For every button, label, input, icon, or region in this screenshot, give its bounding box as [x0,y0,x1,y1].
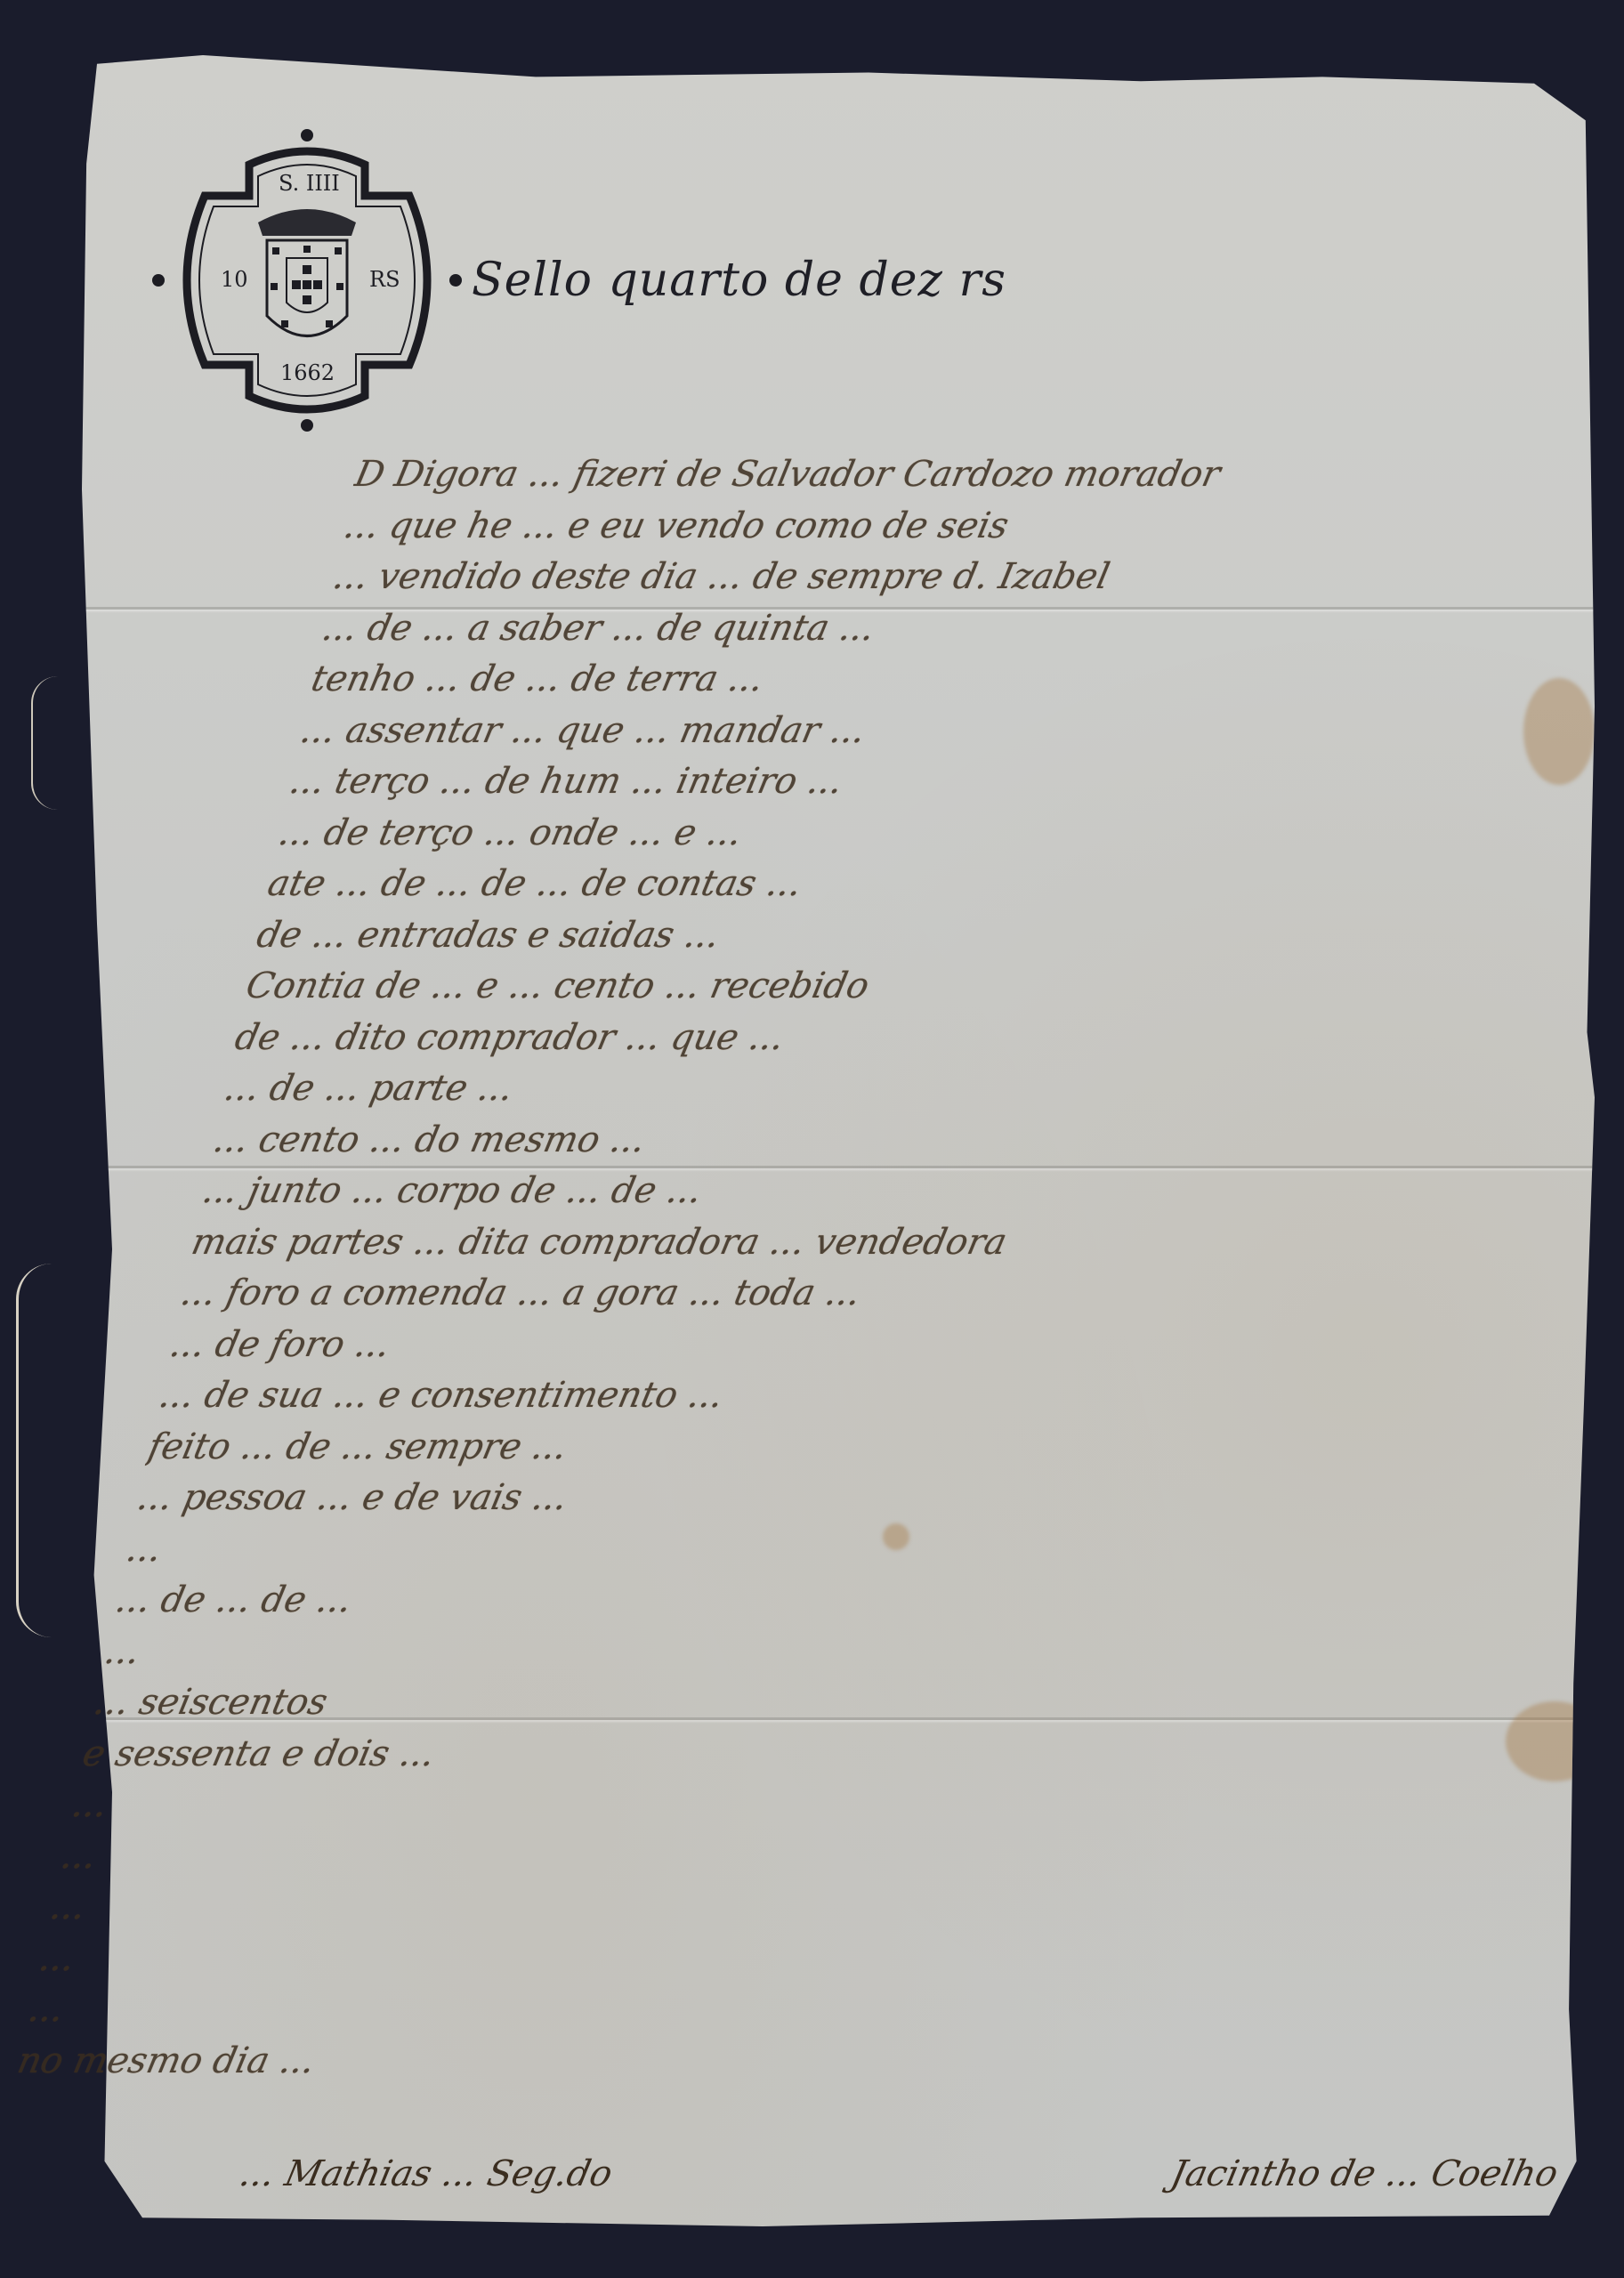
text-line: ... seiscentos [89,1677,1488,1729]
signature-row: ... Mathias ... Seg.do Jacintho de ... C… [236,2153,1562,2194]
text-line: ... que he ... e eu vendo como de seis [339,501,1624,553]
text-line: D Digora ... fizeri de Salvador Cardozo … [350,449,1624,501]
text-line: ... [56,1831,1455,1883]
text-line: tenho ... de ... de terra ... [306,654,1624,706]
text-line: ... de foro ... [166,1320,1564,1371]
text-line: ... [24,1984,1423,2036]
stain [1506,1701,1604,1781]
text-line: ... de ... parte ... [220,1063,1619,1115]
text-line: Contia de ... e ... cento ... recebido [241,961,1624,1013]
binding-thread [31,676,69,810]
text-line: ... junto ... corpo de ... de ... [198,1166,1596,1217]
text-line: ... assentar ... que ... mandar ... [295,706,1624,757]
text-line: ... [45,1882,1444,1934]
text-line: ... de terço ... onde ... e ... [274,808,1624,860]
text-line: ... pessoa ... e de vais ... [133,1473,1531,1524]
stamp-currency: RS [369,267,400,292]
text-line: ... de ... a saber ... de quinta ... [318,603,1624,655]
stamp-value: 10 [221,267,248,292]
text-line: ... terço ... de hum ... inteiro ... [285,756,1624,808]
text-line: ate ... de ... de ... de contas ... [263,859,1624,910]
stamp-heading: Sello quarto de dez rs [472,254,1006,307]
text-line: ... de ... de ... [110,1575,1509,1627]
text-line: ... [100,1627,1499,1678]
text-line: feito ... de ... sempre ... [143,1422,1542,1474]
text-line: de ... dito comprador ... que ... [230,1013,1624,1064]
text-line: no mesmo dia ... [12,2036,1411,2088]
royal-stamp: S. IIII 10 RS 1662 [151,125,463,436]
text-line: e sessenta e dois ... [78,1729,1477,1781]
stamp-year: 1662 [280,360,335,385]
text-line: ... de sua ... e consentimento ... [154,1370,1553,1422]
binding-thread [16,1264,72,1637]
text-line: ... [35,1934,1434,1985]
stamp-top-text: S. IIII [279,171,340,196]
text-line: ... [68,1780,1466,1831]
text-line: ... vendido deste dia ... de sempre d. I… [328,552,1624,603]
text-line: ... cento ... do mesmo ... [208,1115,1607,1167]
text-line: de ... entradas e saidas ... [252,910,1624,962]
signature: ... Mathias ... Seg.do [236,2153,616,2194]
text-line: mais partes ... dita compradora ... vend… [187,1217,1586,1269]
text-line: ... [122,1524,1521,1576]
signature: Jacintho de ... Coelho [1168,2153,1562,2194]
text-line: ... foro a comenda ... a gora ... toda .… [176,1268,1575,1320]
